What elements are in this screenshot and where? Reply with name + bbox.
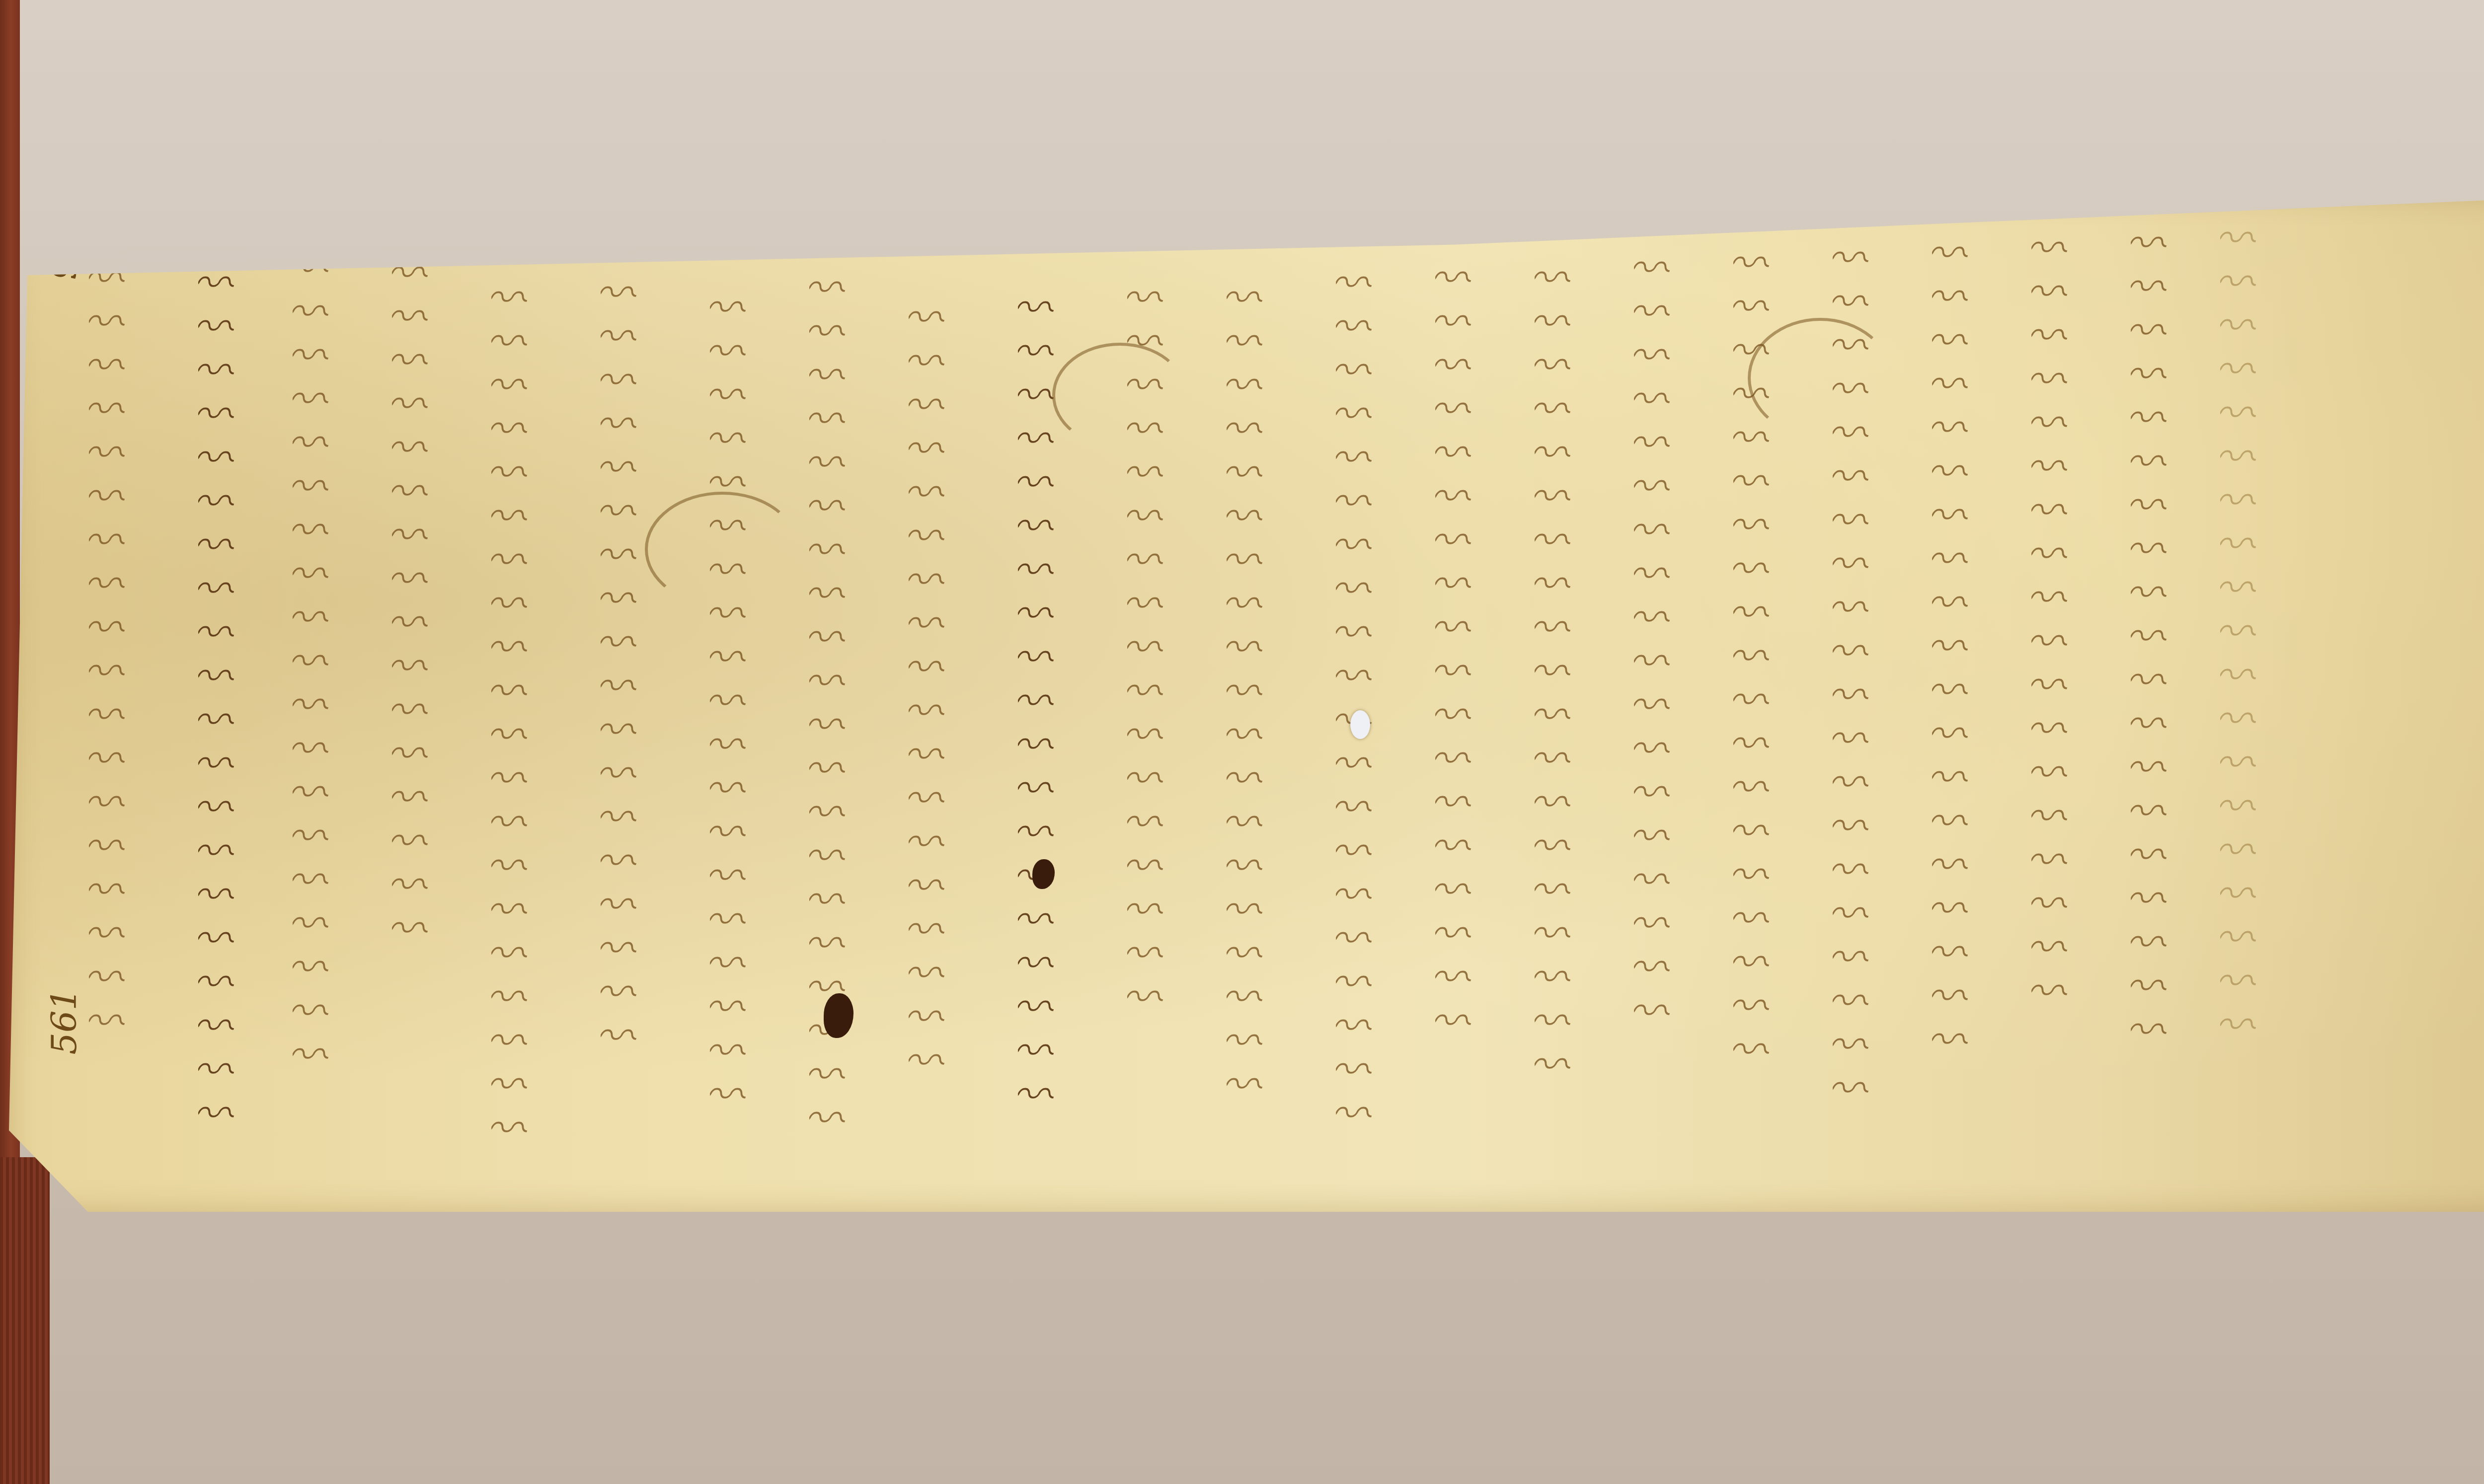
frame-edge-lower xyxy=(0,1157,50,1484)
pen-flourish xyxy=(1748,318,1893,438)
text-line: 〰〰〰〰〰〰〰〰〰〰〰〰〰〰〰〰〰〰 xyxy=(1430,253,1488,1040)
text-line: 〰〰〰〰〰〰〰〰〰〰〰〰〰〰〰〰〰〰〰〰 xyxy=(193,258,251,1132)
pen-flourish xyxy=(645,492,800,607)
text-line: 〰〰〰〰〰〰〰〰〰〰〰〰〰〰〰〰〰〰 xyxy=(595,268,653,1055)
text-line: 〰〰〰〰〰〰〰〰〰〰〰〰〰〰〰〰〰〰〰〰 xyxy=(1330,258,1389,1132)
text-line: 〰〰〰〰〰〰〰〰〰〰〰〰〰〰〰〰〰〰〰〰 xyxy=(486,273,544,1147)
text-line: 〰〰〰〰〰〰〰〰〰〰〰〰〰〰〰〰〰〰〰 xyxy=(2215,214,2273,1044)
folio-number-lower: 561 xyxy=(44,988,84,1055)
manuscript-leaf: 925 561 〰〰〰〰〰〰〰〰〰〰〰〰〰〰〰〰〰〰 〰〰〰〰〰〰〰〰〰〰〰〰〰… xyxy=(9,194,2484,1212)
text-line: 〰〰〰〰〰〰〰〰〰〰〰〰〰〰〰〰〰〰〰 xyxy=(1529,253,1587,1084)
text-line: 〰〰〰〰〰〰〰〰〰〰〰〰〰〰〰〰〰〰〰 xyxy=(704,283,763,1113)
text-line: 〰〰〰〰〰〰〰〰〰〰〰〰〰〰〰〰〰〰 xyxy=(83,253,142,1040)
pen-flourish xyxy=(1052,343,1187,448)
text-line: 〰〰〰〰〰〰〰〰〰〰〰〰〰〰〰〰〰〰〰 xyxy=(1927,228,1985,1059)
text-line: 〰〰〰〰〰〰〰〰〰〰〰〰〰〰〰〰〰〰 xyxy=(2026,223,2084,1010)
text-line: 〰〰〰〰〰〰〰〰〰〰〰〰〰〰〰〰〰〰〰 xyxy=(2125,219,2183,1049)
text-line: 〰〰〰〰〰〰〰〰〰〰〰〰〰〰〰〰〰〰〰 xyxy=(287,243,345,1074)
text-line: 〰〰〰〰〰〰〰〰〰〰〰〰〰〰〰〰 xyxy=(387,248,445,948)
text-line: 〰〰〰〰〰〰〰〰〰〰〰〰〰〰〰〰〰〰 xyxy=(903,293,961,1080)
paper-hole xyxy=(1350,710,1370,739)
text-line: 〰〰〰〰〰〰〰〰〰〰〰〰〰〰〰〰〰〰 xyxy=(1629,243,1687,1030)
text-line: 〰〰〰〰〰〰〰〰〰〰〰〰〰〰〰〰〰〰〰 xyxy=(1221,273,1279,1104)
